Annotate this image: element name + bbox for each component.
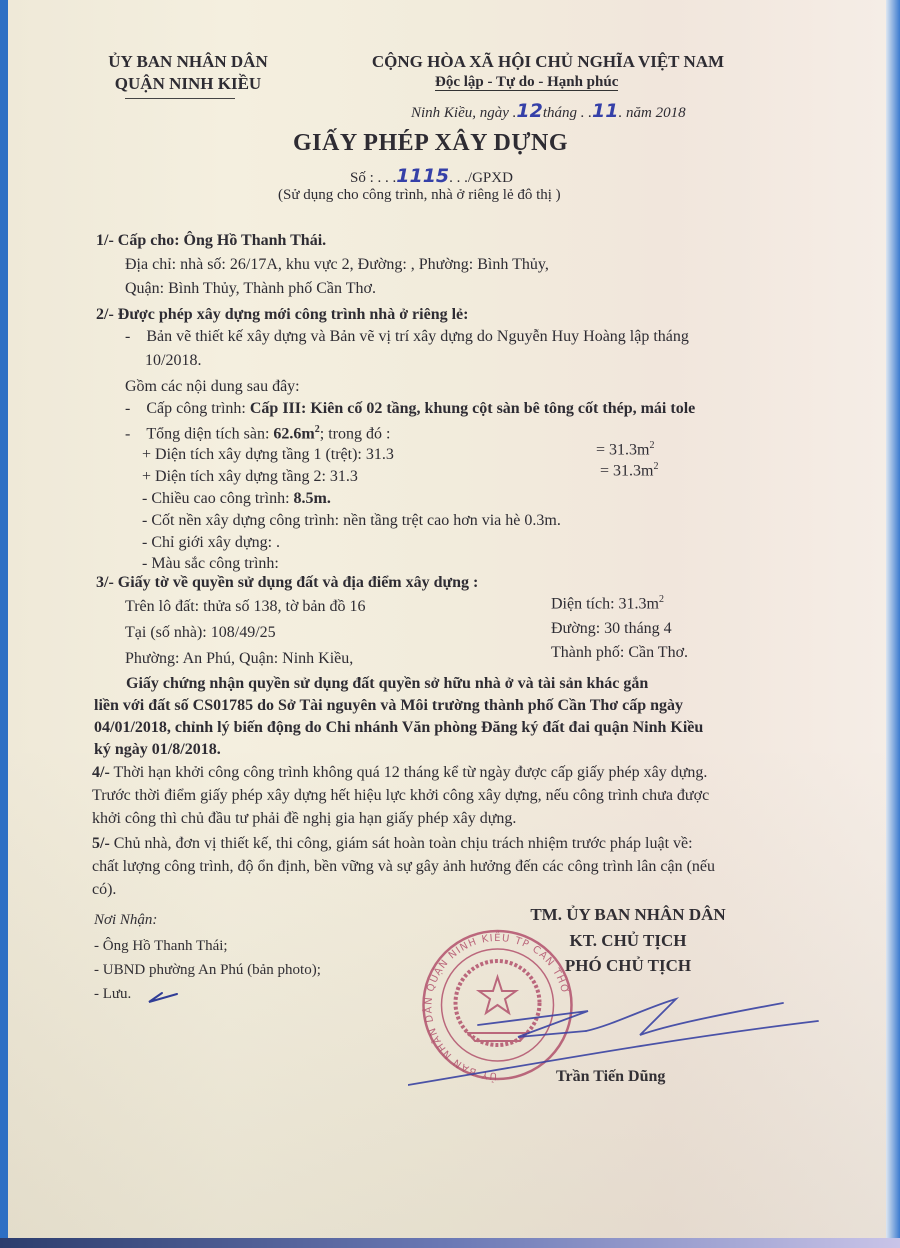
construction-grade: - Cấp công trình: Cấp III: Kiên cố 02 tầ… (125, 400, 695, 418)
document-subtitle: (Sử dụng cho công trình, nhà ở riêng lẻ … (278, 187, 561, 204)
issuer-line1: ỦY BAN NHÂN DÂN (100, 52, 276, 72)
building-height: - Chiều cao công trình: 8.5m. (142, 490, 331, 508)
floor2-area: + Diện tích xây dựng tầng 2: 31.3 (142, 468, 358, 486)
floor1-area-value: = 31.3m2 (596, 440, 654, 459)
total-floor-area: - Tổng diện tích sàn: 62.6m2; trong đó : (125, 424, 390, 443)
section1-heading: 1/- Cấp cho: Ông Hồ Thanh Thái. (96, 232, 326, 250)
permit-document: ỦY BAN NHÂN DÂN QUẬN NINH KIỀU CỘNG HÒA … (8, 0, 886, 1238)
floor1-area: + Diện tích xây dựng tầng 1 (trệt): 31.3 (142, 446, 394, 464)
national-motto: Độc lập - Tự do - Hạnh phúc (435, 74, 618, 91)
date-day-handwritten: 12 (516, 100, 542, 122)
recipient-item: - Lưu. (94, 986, 131, 1003)
land-area: Diện tích: 31.3m2 (551, 594, 664, 613)
section3-heading: 3/- Giấy tờ về quyền sử dụng đất và địa … (96, 574, 478, 592)
applicant-address-line1: Địa chỉ: nhà số: 26/17A, khu vực 2, Đườn… (125, 256, 549, 274)
land-lot: Trên lô đất: thửa số 138, tờ bản đồ 16 (125, 598, 366, 616)
signature-org: TM. ỦY BAN NHÂN DÂN (488, 905, 768, 925)
ward-district: Phường: An Phú, Quận: Ninh Kiều, (125, 650, 353, 668)
section2-heading: 2/- Được phép xây dựng mới công trình nh… (96, 306, 468, 324)
foundation-level: - Cốt nền xây dựng công trình: nền tầng … (142, 512, 561, 530)
section4-line1: 4/- Thời hạn khởi công công trình không … (92, 764, 707, 782)
national-title: CỘNG HÒA XÃ HỘI CHỦ NGHĨA VIỆT NAM (338, 52, 758, 72)
building-boundary: - Chỉ giới xây dựng: . (142, 534, 280, 552)
recipient-item: - UBND phường An Phú (bản photo); (94, 962, 321, 979)
land-cert-line3: 04/01/2018, chỉnh lý biến động do Chi nh… (94, 719, 703, 737)
background-edge-right (886, 0, 900, 1248)
section5-line2: chất lượng công trình, độ ổn định, bền v… (92, 858, 715, 876)
issuer-line2: QUẬN NINH KIỀU (100, 74, 276, 94)
signer-name: Trần Tiến Dũng (556, 1068, 665, 1086)
section4-line3: khởi công thì chủ đầu tư phải đề nghị gi… (92, 810, 516, 828)
permit-number-handwritten: 1115 (396, 165, 449, 187)
checkmark-scribble-icon (146, 990, 180, 1004)
land-cert-line2: liền với đất số CS01785 do Sở Tài nguyên… (94, 697, 683, 715)
building-color: - Màu sắc công trình: (142, 555, 279, 573)
drawing-line1: - Bản vẽ thiết kế xây dựng và Bản vẽ vị … (125, 328, 689, 346)
section4-line2: Trước thời điểm giấy phép xây dựng hết h… (92, 787, 709, 805)
applicant-address-line2: Quận: Bình Thủy, Thành phố Cần Thơ. (125, 280, 376, 298)
street: Đường: 30 tháng 4 (551, 620, 672, 638)
background-edge-bottom (0, 1238, 900, 1248)
city: Thành phố: Cần Thơ. (551, 644, 688, 662)
contents-intro: Gồm các nội dung sau đây: (125, 378, 300, 396)
document-title: GIẤY PHÉP XÂY DỰNG (293, 130, 568, 157)
permit-number: Số : . . .1115. . ./GPXD (350, 165, 513, 187)
house-number: Tại (số nhà): 108/49/25 (125, 624, 276, 642)
section5-line1: 5/- Chủ nhà, đơn vị thiết kế, thi công, … (92, 835, 693, 853)
floor2-area-value: = 31.3m2 (600, 461, 658, 480)
issue-date: Ninh Kiều, ngày .12tháng . .11. năm 2018 (411, 100, 686, 122)
issuer-underline (125, 98, 235, 99)
recipients-heading: Nơi Nhận: (94, 912, 157, 929)
date-month-handwritten: 11 (592, 100, 618, 122)
section5-line3: có). (92, 881, 116, 899)
land-cert-line1: Giấy chứng nhận quyền sử dụng đất quyền … (126, 675, 648, 693)
recipient-item: - Ông Hồ Thanh Thái; (94, 938, 228, 955)
drawing-line2: 10/2018. (145, 352, 201, 370)
land-cert-line4: ký ngày 01/8/2018. (94, 741, 221, 759)
